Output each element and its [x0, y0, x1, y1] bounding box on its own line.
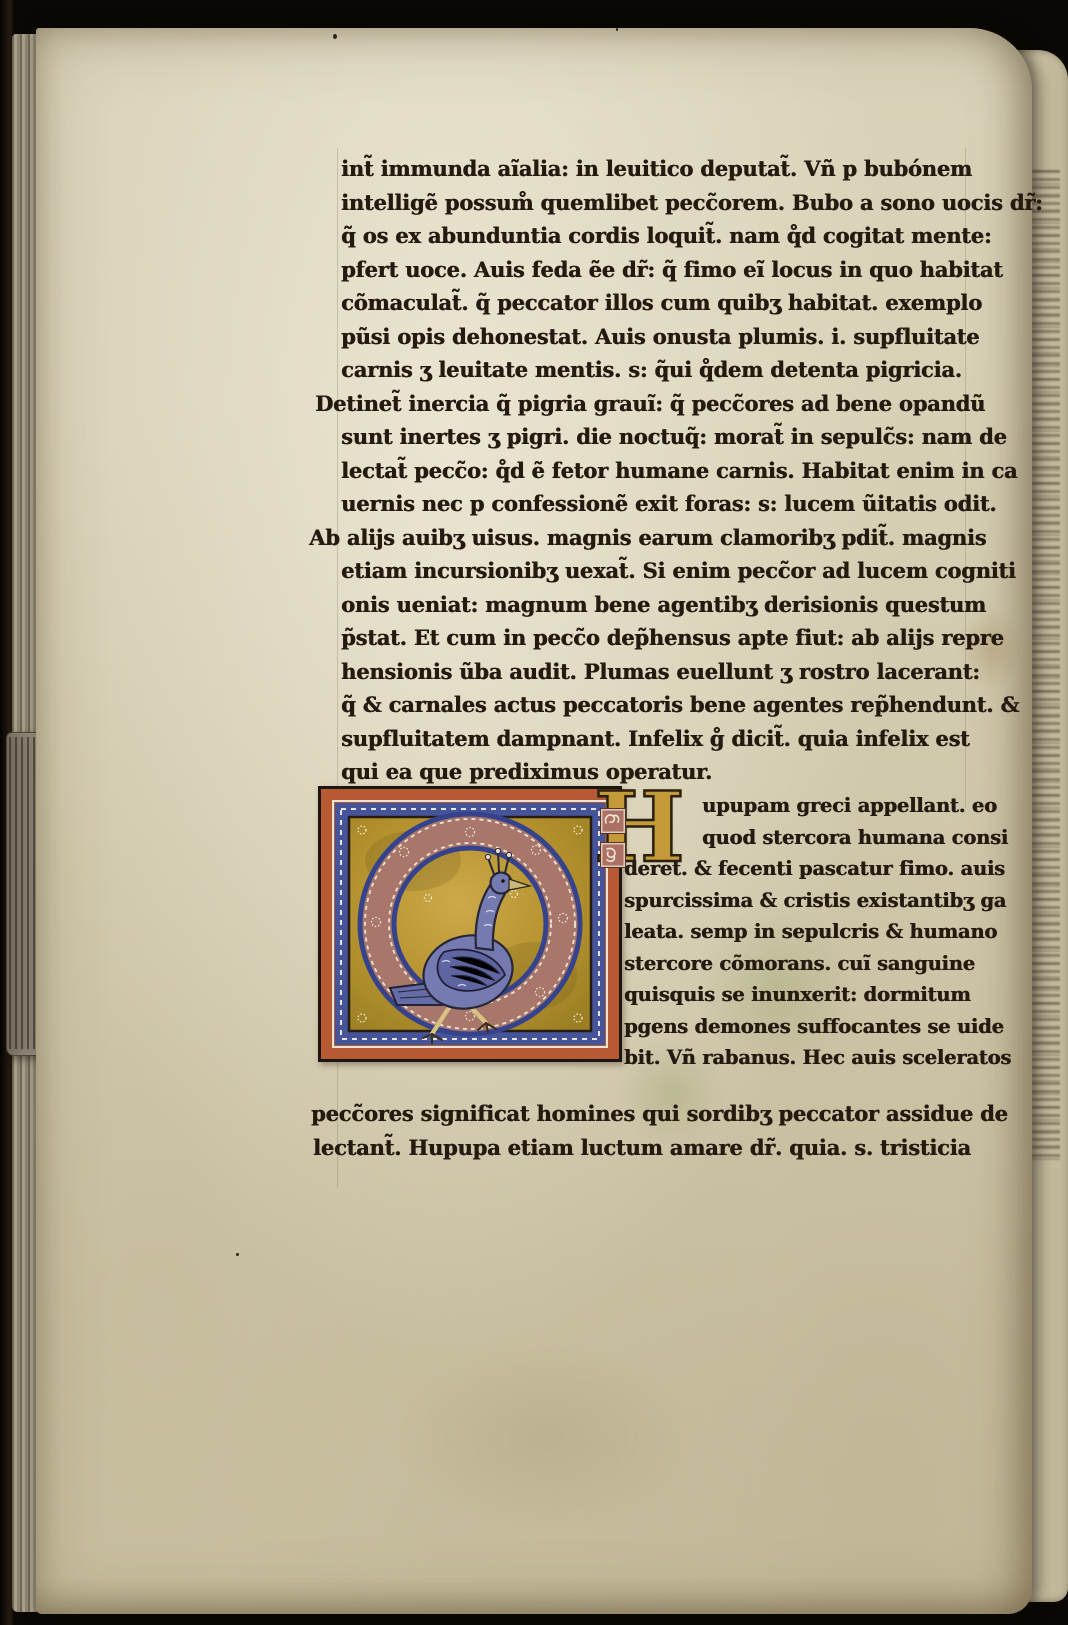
- ink-speck: [236, 1253, 239, 1256]
- ink-speck: [616, 28, 618, 31]
- text-line: pfert uoce. Auis feda ẽe dr̃: q̃ fimo eĩ…: [341, 253, 1043, 287]
- text-line: bit. Vñ rabanus. Hec auis sceleratos: [624, 1042, 1011, 1074]
- text-line: onis ueniat: magnum bene agentibʒ derisi…: [341, 588, 1043, 622]
- text-line: leata. semp in sepulcris & humano: [624, 916, 1011, 948]
- soft-stain: [336, 1308, 756, 1568]
- text-line: spurcissima & cristis existantibʒ ga: [624, 885, 1011, 917]
- text-line: carnis ʒ leuitate mentis. s: q̃ui q̊dem …: [341, 353, 1043, 387]
- tab-texture: [9, 737, 35, 1049]
- text-block-top: int̃ immunda aĩalia: in leuitico deputat…: [341, 152, 1043, 789]
- text-line: cõmaculat̃. q̃ peccator illos cum quibʒ …: [341, 286, 1043, 320]
- text-line: quisquis se inunxerit: dormitum: [624, 979, 1011, 1011]
- text-line: q̃ & carnales actus peccatoris bene agen…: [341, 688, 1043, 722]
- text-block-bottom: pecc̃ores significat homines qui sordibʒ…: [311, 1097, 1008, 1165]
- hoopoe-miniature: [318, 786, 622, 1062]
- initial-ornament-square: [600, 842, 626, 868]
- text-line: p̃stat. Et cum in pecc̃o dep̃hensus apte…: [341, 621, 1043, 655]
- text-line: etiam incursionibʒ uexat̃. Si enim pecc̃…: [341, 554, 1043, 588]
- initial-ornament-square: [600, 808, 626, 834]
- text-line: qui ea que prediximus operatur.: [341, 755, 1043, 789]
- text-line: Detinet̃ inercia q̃ pigria grauĩ: q̃ pec…: [315, 387, 1043, 421]
- text-line: upupam greci appellant. eo: [702, 790, 1011, 822]
- text-line: supfluitatem dampnant. Infelix g̊ dicit̃…: [341, 722, 1043, 756]
- text-line: pũsi opis dehonestat. Auis onusta plumis…: [341, 320, 1043, 354]
- text-line: q̃ os ex abunduntia cordis loquit̃. nam …: [341, 219, 1043, 253]
- text-line: Ab alijs auibʒ uisus. magnis earum clamo…: [309, 521, 1043, 555]
- text-line: int̃ immunda aĩalia: in leuitico deputat…: [341, 152, 1043, 186]
- text-line: uernis nec p confessionẽ exit foras: s: …: [341, 487, 1043, 521]
- text-line: hensionis ũba audit. Plumas euellunt ʒ r…: [341, 655, 1043, 689]
- illuminated-initial: H: [594, 786, 694, 882]
- text-line: lectant̃. Hupupa etiam luctum amare dr̃.…: [313, 1131, 1008, 1165]
- ink-speck: [333, 34, 337, 39]
- text-line: lectat̃ pecc̃o: q̊d ẽ fetor humane carni…: [341, 454, 1043, 488]
- hoopoe-miniature-art: [318, 786, 622, 1062]
- text-line: stercore cõmorans. cuĩ sanguine: [624, 948, 1011, 980]
- manuscript-photo: int̃ immunda aĩalia: in leuitico deputat…: [0, 0, 1068, 1625]
- text-line: quod stercora humana consi: [702, 822, 1011, 854]
- text-line: sunt inertes ʒ pigri. die noctuq̃: morat…: [341, 420, 1043, 454]
- text-line: pecc̃ores significat homines qui sordibʒ…: [311, 1097, 1008, 1131]
- text-line: intelligẽ possum̊ quemlibet pecc̃orem. B…: [341, 186, 1043, 220]
- text-line: pgens demones suffocantes se uide: [624, 1011, 1011, 1043]
